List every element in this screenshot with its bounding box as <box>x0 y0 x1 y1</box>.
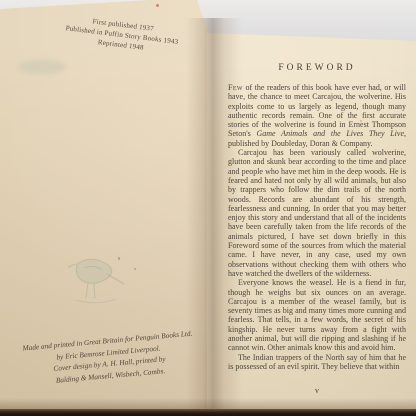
book-bottom-edge <box>0 409 416 416</box>
foxing-spot <box>360 120 362 122</box>
foreword-paragraph: Carcajou has been variously called wolve… <box>228 148 406 278</box>
lead-word: Few <box>228 83 243 92</box>
foxing-spot <box>118 257 120 260</box>
foreword-heading: FOREWORD <box>228 63 406 73</box>
faint-bird-sketch <box>64 254 130 316</box>
foxing-spot <box>134 268 136 270</box>
foreword-paragraph: Few of the readers of this book have eve… <box>228 83 406 148</box>
book-title-italic: Game Animals and the Lives They Live <box>257 129 405 138</box>
ink-smudge <box>18 60 66 74</box>
page-number: v <box>228 386 406 395</box>
foreword-body: Few of the readers of this book have eve… <box>228 83 406 371</box>
foxing-spot <box>398 210 400 212</box>
open-book-photo: First published 1937 Published in Puffin… <box>0 0 416 416</box>
foxing-spot <box>156 4 159 7</box>
foreword-paragraph: Everyone knows the weasel. He is a fiend… <box>228 278 406 352</box>
foreword-paragraph: The Indian trappers of the North say of … <box>228 353 406 372</box>
